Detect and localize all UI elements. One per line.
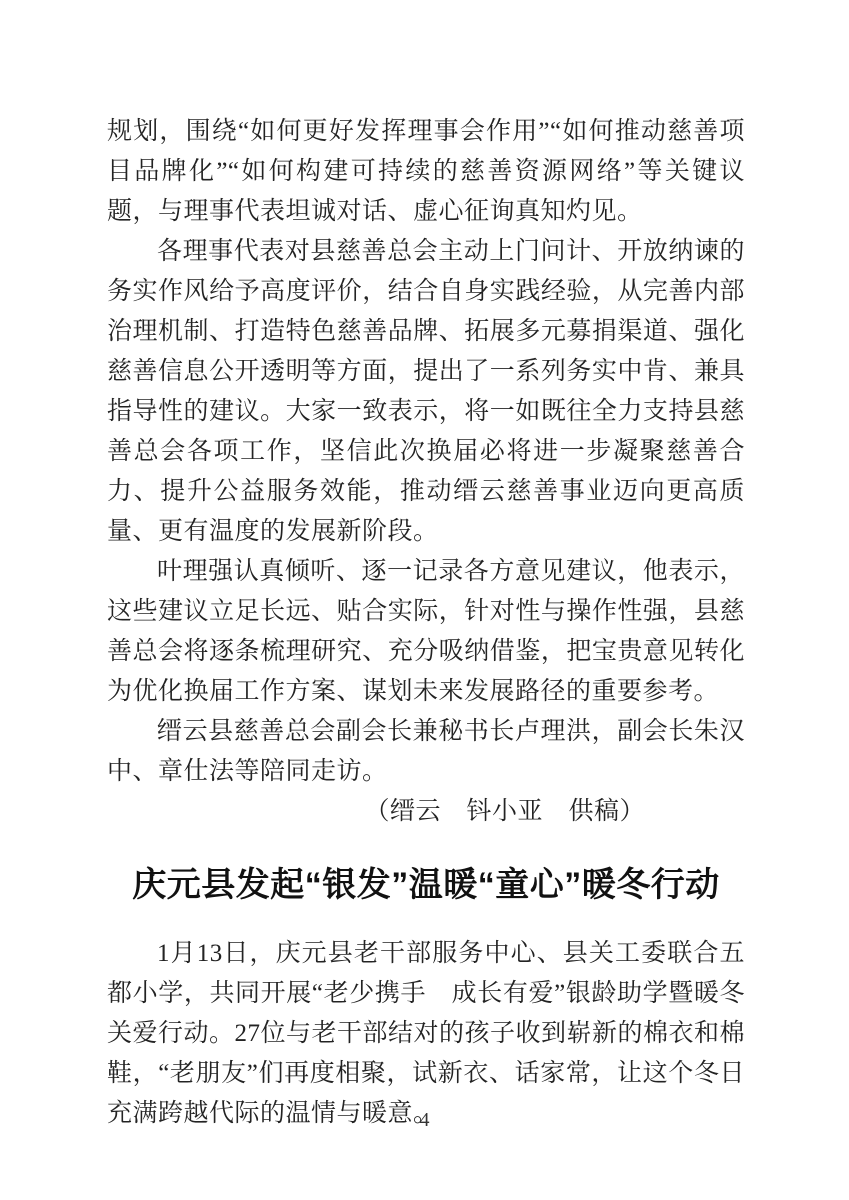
paragraph-response: 叶理强认真倾听、逐一记录各方意见建议，他表示，这些建议立足长远、贴合实际，针对性… — [107, 552, 745, 712]
byline: （缙云 钭小亚 供稿） — [107, 792, 745, 832]
document-page: 规划，围绕“如何更好发挥理事会作用”“如何推动慈善项目品牌化”“如何构建可持续的… — [0, 0, 849, 1200]
paragraph-feedback: 各理事代表对县慈善总会主动上门问计、开放纳谏的务实作风给予高度评价，结合自身实践… — [107, 232, 745, 552]
paragraph-new-article: 1月13日，庆元县老干部服务中心、县关工委联合五都小学，共同开展“老少携手 成长… — [107, 934, 745, 1134]
page-number: 4 — [0, 1108, 849, 1132]
paragraph-continuation: 规划，围绕“如何更好发挥理事会作用”“如何推动慈善项目品牌化”“如何构建可持续的… — [107, 112, 745, 232]
paragraph-attendees: 缙云县慈善总会副会长兼秘书长卢理洪，副会长朱汉中、章仕法等陪同走访。 — [107, 712, 745, 792]
article-title: 庆元县发起“银发”温暖“童心”暖冬行动 — [107, 862, 745, 908]
page-content: 规划，围绕“如何更好发挥理事会作用”“如何推动慈善项目品牌化”“如何构建可持续的… — [107, 112, 745, 1134]
